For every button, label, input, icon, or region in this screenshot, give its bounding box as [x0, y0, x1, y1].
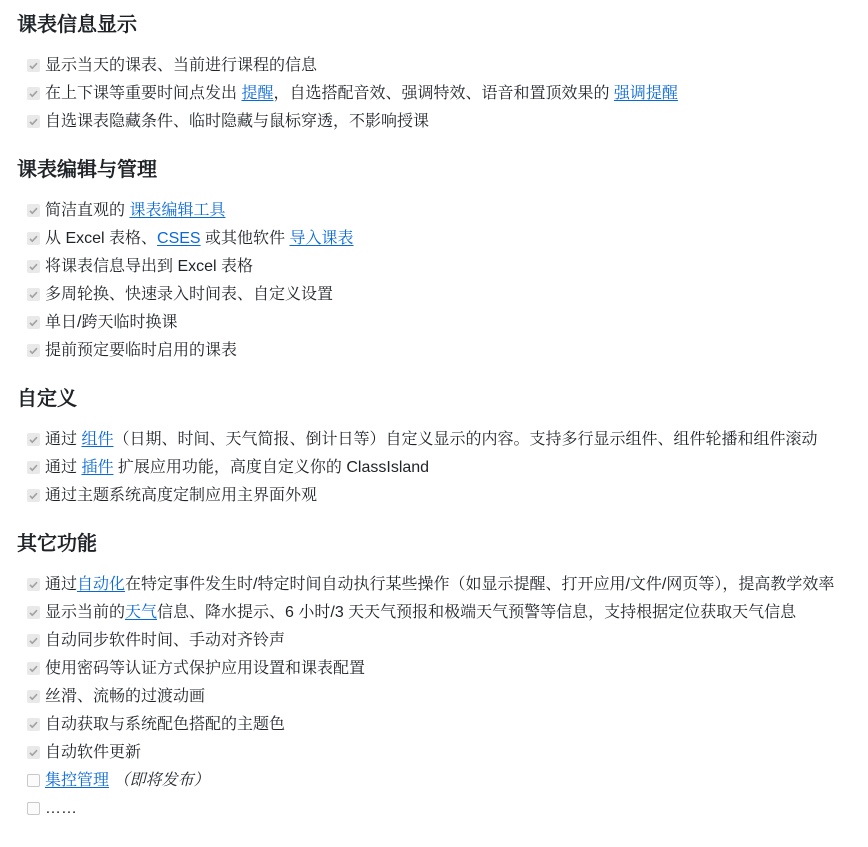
readme-body: 课表信息显示显示当天的课表、当前进行课程的信息在上下课等重要时间点发出 提醒，自… [0, 0, 868, 821]
item-text: 使用密码等认证方式保护应用设置和课表配置 [45, 660, 365, 677]
inline-link[interactable]: 天气 [125, 604, 157, 621]
checkbox-checked-icon [27, 87, 40, 100]
checkbox-unchecked-icon [27, 774, 40, 787]
task-list-item: 多周轮换、快速录入时间表、自定义设置 [17, 283, 851, 307]
feature-task-list: 通过 组件（日期、时间、天气简报、倒计日等）自定义显示的内容。支持多行显示组件、… [17, 428, 851, 508]
inline-link[interactable]: CSES [157, 230, 201, 247]
task-list-item: 自动获取与系统配色搭配的主题色 [17, 713, 851, 737]
checkbox-checked-icon [27, 115, 40, 128]
task-list-item: 简洁直观的 课表编辑工具 [17, 199, 851, 223]
task-list-item: 使用密码等认证方式保护应用设置和课表配置 [17, 657, 851, 681]
item-text: 通过 [45, 431, 81, 448]
item-text: 从 Excel 表格、 [45, 230, 157, 247]
checkbox-checked-icon [27, 578, 40, 591]
item-text: 在特定事件发生时/特定时间自动执行某些操作（如显示提醒、打开应用/文件/网页等）… [125, 576, 834, 593]
checkbox-checked-icon [27, 718, 40, 731]
task-list-item: 将课表信息导出到 Excel 表格 [17, 255, 851, 279]
task-list-item: 显示当前的天气信息、降水提示、6 小时/3 天天气预报和极端天气预警等信息，支持… [17, 601, 851, 625]
task-list-item: 通过 组件（日期、时间、天气简报、倒计日等）自定义显示的内容。支持多行显示组件、… [17, 428, 851, 452]
item-text: 自动获取与系统配色搭配的主题色 [45, 716, 285, 733]
item-text: （日期、时间、天气简报、倒计日等）自定义显示的内容。支持多行显示组件、组件轮播和… [113, 431, 817, 448]
inline-link[interactable]: 提醒 [241, 85, 273, 102]
item-text: ，自选搭配音效、强调特效、语音和置顶效果的 [273, 85, 613, 102]
task-list-item: 提前预定要临时启用的课表 [17, 339, 851, 363]
inline-link[interactable]: 组件 [81, 431, 113, 448]
inline-link[interactable]: 插件 [81, 459, 113, 476]
item-text: 提前预定要临时启用的课表 [45, 342, 237, 359]
checkbox-checked-icon [27, 232, 40, 245]
item-text: 显示当前的 [45, 604, 125, 621]
item-text: 通过 [45, 459, 81, 476]
item-text: 单日/跨天临时换课 [45, 314, 177, 331]
section-heading: 课表编辑与管理 [17, 158, 851, 183]
checkbox-checked-icon [27, 433, 40, 446]
section-heading: 课表信息显示 [17, 13, 851, 38]
checkbox-checked-icon [27, 690, 40, 703]
checkbox-checked-icon [27, 461, 40, 474]
checkbox-checked-icon [27, 59, 40, 72]
item-text: 将课表信息导出到 Excel 表格 [45, 258, 253, 275]
task-list-item: 通过 插件 扩展应用功能，高度自定义你的 ClassIsland [17, 456, 851, 480]
checkbox-checked-icon [27, 204, 40, 217]
checkbox-checked-icon [27, 746, 40, 759]
checkbox-checked-icon [27, 662, 40, 675]
task-list-item: 单日/跨天临时换课 [17, 311, 851, 335]
section-heading: 自定义 [17, 387, 851, 412]
inline-link[interactable]: 强调提醒 [614, 85, 678, 102]
task-list-item: 集控管理 （即将发布） [17, 769, 851, 793]
task-list-item: 自动同步软件时间、手动对齐铃声 [17, 629, 851, 653]
task-list-item: 从 Excel 表格、CSES 或其他软件 导入课表 [17, 227, 851, 251]
task-list-item: …… [17, 797, 851, 821]
feature-task-list: 显示当天的课表、当前进行课程的信息在上下课等重要时间点发出 提醒，自选搭配音效、… [17, 54, 851, 134]
task-list-item: 自选课表隐藏条件、临时隐藏与鼠标穿透，不影响授课 [17, 110, 851, 134]
inline-link[interactable]: 集控管理 [45, 772, 109, 789]
feature-task-list: 简洁直观的 课表编辑工具从 Excel 表格、CSES 或其他软件 导入课表将课… [17, 199, 851, 363]
task-list-item: 丝滑、流畅的过渡动画 [17, 685, 851, 709]
item-text: 自选课表隐藏条件、临时隐藏与鼠标穿透，不影响授课 [45, 113, 429, 130]
task-list-item: 在上下课等重要时间点发出 提醒，自选搭配音效、强调特效、语音和置顶效果的 强调提… [17, 82, 851, 106]
italic-note: （即将发布） [113, 772, 209, 789]
item-text: 通过 [45, 576, 77, 593]
checkbox-checked-icon [27, 489, 40, 502]
item-text: 多周轮换、快速录入时间表、自定义设置 [45, 286, 333, 303]
item-text: 或其他软件 [201, 230, 290, 247]
item-text: 显示当天的课表、当前进行课程的信息 [45, 57, 317, 74]
checkbox-checked-icon [27, 606, 40, 619]
checkbox-checked-icon [27, 344, 40, 357]
feature-task-list: 通过自动化在特定事件发生时/特定时间自动执行某些操作（如显示提醒、打开应用/文件… [17, 573, 851, 821]
item-text: 自动同步软件时间、手动对齐铃声 [45, 632, 285, 649]
item-text: 通过主题系统高度定制应用主界面外观 [45, 487, 317, 504]
checkbox-checked-icon [27, 316, 40, 329]
item-text: 扩展应用功能，高度自定义你的 ClassIsland [113, 459, 429, 476]
inline-link[interactable]: 课表编辑工具 [129, 202, 225, 219]
checkbox-unchecked-icon [27, 802, 40, 815]
inline-link[interactable]: 自动化 [77, 576, 125, 593]
task-list-item: 显示当天的课表、当前进行课程的信息 [17, 54, 851, 78]
checkbox-checked-icon [27, 260, 40, 273]
checkbox-checked-icon [27, 288, 40, 301]
section-heading: 其它功能 [17, 532, 851, 557]
item-text: 在上下课等重要时间点发出 [45, 85, 241, 102]
item-text: …… [45, 800, 77, 817]
task-list-item: 自动软件更新 [17, 741, 851, 765]
item-text: 信息、降水提示、6 小时/3 天天气预报和极端天气预警等信息，支持根据定位获取天… [157, 604, 796, 621]
task-list-item: 通过主题系统高度定制应用主界面外观 [17, 484, 851, 508]
item-text: 简洁直观的 [45, 202, 129, 219]
item-text: 自动软件更新 [45, 744, 141, 761]
task-list-item: 通过自动化在特定事件发生时/特定时间自动执行某些操作（如显示提醒、打开应用/文件… [17, 573, 851, 597]
item-text: 丝滑、流畅的过渡动画 [45, 688, 205, 705]
checkbox-checked-icon [27, 634, 40, 647]
inline-link[interactable]: 导入课表 [290, 230, 354, 247]
